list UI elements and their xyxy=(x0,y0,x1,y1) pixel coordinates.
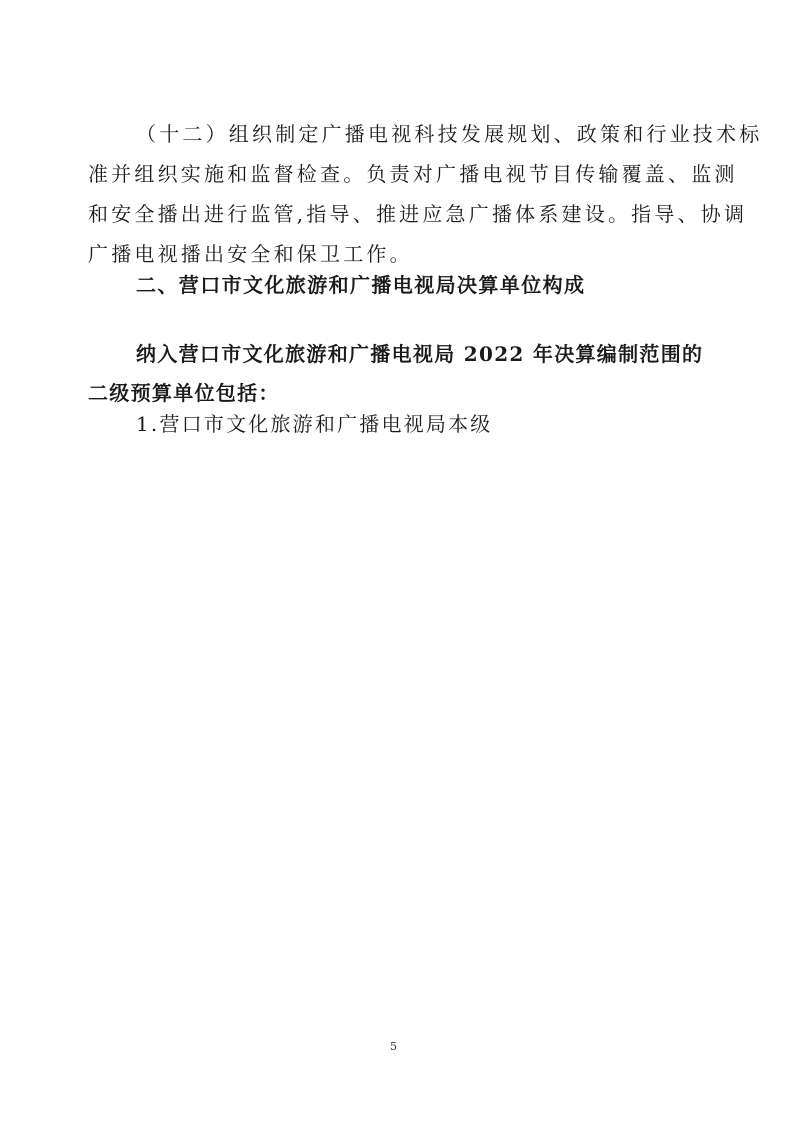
page-number: 5 xyxy=(390,1040,397,1053)
list-item: 1.营口市文化旅游和广播电视局本级 xyxy=(136,412,492,436)
paragraph-12-line-4: 广播电视播出安全和保卫工作。 xyxy=(88,242,413,266)
intro-line-2: 二级预算单位包括： xyxy=(88,381,280,405)
paragraph-12-line-3: 和安全播出进行监管,指导、推进应急广播体系建设。指导、协调 xyxy=(88,202,747,226)
section-heading: 二、营口市文化旅游和广播电视局决算单位构成 xyxy=(136,273,585,297)
paragraph-12-line-1: （十二）组织制定广播电视科技发展规划、政策和行业技术标 xyxy=(136,122,762,146)
intro-line-1: 纳入营口市文化旅游和广播电视局 2022 年决算编制范围的 xyxy=(136,342,703,366)
paragraph-12-line-2: 准并组织实施和监督检查。负责对广播电视节目传输覆盖、监测 xyxy=(88,162,738,186)
